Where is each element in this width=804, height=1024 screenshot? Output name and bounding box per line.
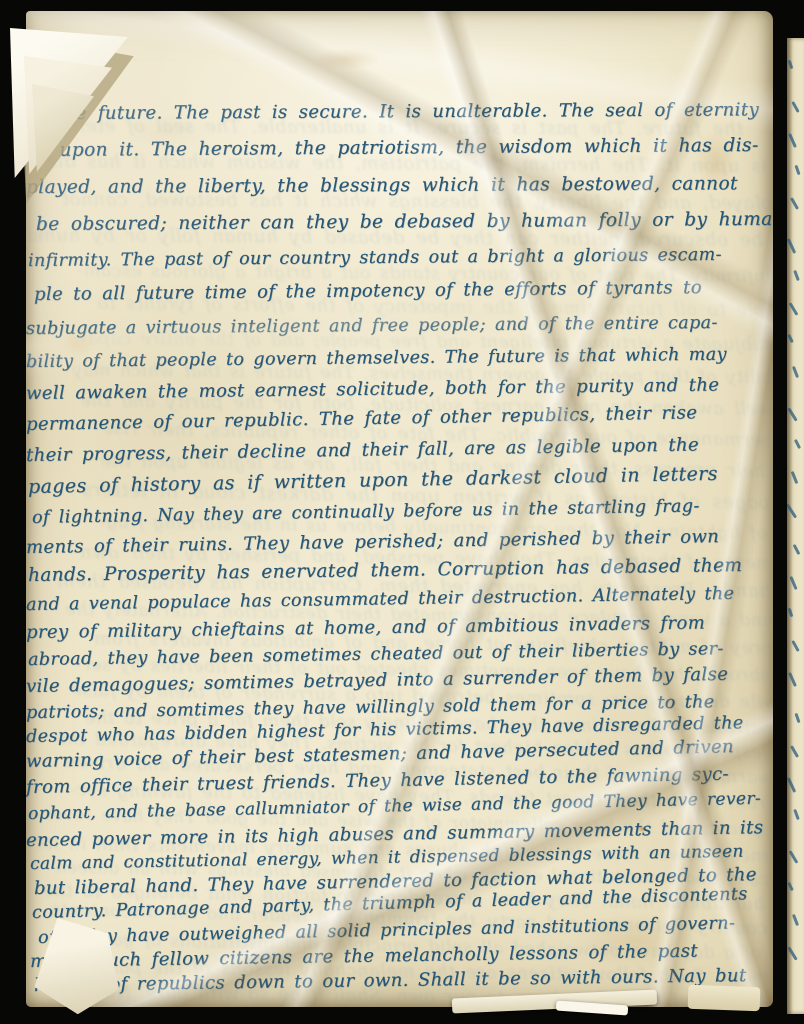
scanner-background: the future. The past is secure. It is un… [0, 0, 804, 1024]
handwritten-line: the future. The past is secure. It is un… [56, 98, 759, 126]
ink-lines: the future. The past is secure. It is un… [26, 11, 773, 1007]
handwritten-line: subjugate a virtuous inteligent and free… [26, 311, 718, 341]
handwritten-line: well awaken the most earnest solicitude,… [26, 374, 720, 406]
handwritten-line: is upon it. The heroism, the patriotism,… [32, 134, 759, 163]
handwritten-line: permanence of our republic. The fate of … [26, 401, 698, 437]
adjacent-page-edge [787, 38, 804, 1014]
handwritten-line: ments of their ruins. They have perished… [26, 525, 719, 560]
handwritten-line: pages of history as if written upon the … [28, 462, 718, 499]
handwritten-line: played, and the liberty, the blessings w… [26, 172, 738, 200]
handwritten-line: bility of that people to govern themselv… [26, 343, 727, 374]
handwritten-line: be obscured; neither can they be debased… [36, 208, 773, 237]
handwritten-line: of lightning. Nay they are continually b… [32, 494, 700, 530]
handwritten-line: ple to all future time of the impotency … [34, 276, 702, 307]
manuscript-page: the future. The past is secure. It is un… [26, 11, 773, 1007]
handwritten-line: their progress, their decline and their … [26, 433, 699, 468]
handwritten-line: infirmity. The past of our country stand… [28, 243, 722, 273]
